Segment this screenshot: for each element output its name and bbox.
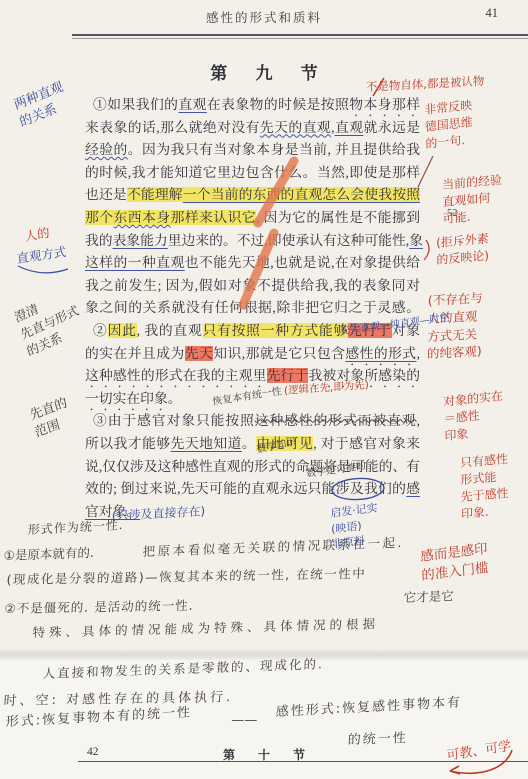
text-segment: 直观 (335, 120, 364, 135)
note-red-how-possible: 当前的经验 直观如何 可能. (442, 172, 503, 228)
note-black-connect: 把原本看似毫无关联的情况联系在一起. (142, 534, 404, 561)
text-segment: 知识,那就是它只包含 (213, 346, 345, 361)
note-red-object-reality: 对象的实在 ＝感性 印象 (443, 388, 504, 445)
text-segment: 感 (406, 481, 420, 496)
note-black-it-is-it: 它才是它 (403, 587, 454, 607)
footer-rule (78, 761, 528, 762)
note-black-clarify: 澄清 先直与形式 的关系 (12, 285, 87, 361)
note-red-reflection-theory: (拒斥外素 的反映论) (436, 230, 489, 269)
note-red-human: 人的 (24, 224, 50, 246)
note-blue-two-intuitions: 两种直观 的关系 (12, 79, 72, 134)
text-segment: 表象能力 (113, 233, 168, 248)
header-rule (72, 34, 528, 36)
text-segment: 这种感性的形式在我的主观里 (85, 368, 267, 383)
header-page-number: 41 (486, 6, 499, 21)
text-line: 我的表象能力里边来的。不过,即使承认有这种可能性,象 (85, 230, 420, 253)
text-segment: 也不能先天地,也就是说,在对象提供给 (185, 255, 420, 270)
text-segment: 先行于 (267, 368, 309, 383)
text-segment: 里边来的。不过,即使承认有这种可能性, (168, 233, 409, 248)
text-segment: 。因为我只有当对象本身是当前, 并且提供给我 (128, 142, 420, 157)
text-segment: , (417, 346, 420, 361)
note-black-original: ①是原本就有的. (3, 544, 94, 565)
note-black-form-as-unity: 形式作为统一性. (28, 517, 124, 539)
text-segment: 先天 (185, 346, 214, 361)
text-segment: 就永远是 (363, 120, 420, 135)
text-segment: 这种感性的形式而被直观 (255, 413, 417, 428)
note-black-scope: 先直的 范围 (28, 395, 75, 444)
note-red-admission-threshold: 感而是感印 的准入门槛 (420, 540, 489, 587)
text-segment: ② (93, 323, 108, 338)
note-blue-intuition-mode: 直观方式 (16, 243, 67, 268)
text-segment: 的实在并且成为 (85, 346, 185, 361)
note-black-dash: —— (231, 712, 258, 730)
note-black-living-unity: ②不是僵死的. 是活动的统一性. (4, 597, 194, 618)
text-line: 那个东西本身那样来认识它, 因为它的属性是不能挪到 (85, 207, 420, 230)
text-segment: 只有按照一种方式能够 (203, 323, 349, 338)
text-line: 这样的一种直观也不能先天地,也就是说,在对象提供给 (85, 252, 420, 275)
text-line: 也还是不能理解一个当前的东西的直观怎么会使我按照 (85, 184, 420, 207)
text-line: 我之前发生; 因为,假如对象不提供给我,我的表象同对 (85, 275, 420, 298)
text-segment: 象之间的关系就没有任何根据,除非把它归之于灵感。 (85, 300, 420, 315)
text-line: 来表象的话,那么就绝对没有先天的直观,直观就永远是 (85, 117, 420, 140)
running-title: 感性的形式和质料 (0, 8, 528, 26)
text-line: 说,仅仅涉及这种感性直观的形式的命题将是可能的、有 (85, 456, 420, 479)
text-segment: 这样的一种直观 (85, 255, 185, 270)
note-black-split-road: (现成化是分裂的道路)—恢复其本来的统一性, 在统一性中 (6, 565, 367, 589)
note-black-particular-basis: 特殊、具体的情况能成为特殊、具体情况的根据 (32, 615, 379, 642)
text-line: 这种感性的形式在我的主观里先行于我被对象所感染的 (85, 365, 420, 388)
text-segment: 先天的直观 (260, 120, 331, 135)
text-segment: 效的; 倒过来说,先天可能的直观永远只能涉及我们的 (85, 481, 406, 496)
text-segment: 感性的形式 (345, 346, 416, 361)
text-segment: , 对于感官对象来 (313, 436, 420, 451)
text-line: 效的; 倒过来说,先天可能的直观永远只能涉及我们的感 (85, 478, 420, 501)
text-segment: 那样来认识它 (171, 210, 257, 225)
text-segment: 。 (242, 436, 256, 451)
text-segment: , (417, 413, 420, 428)
text-segment: 我的 (85, 233, 113, 248)
blue-swoosh-mark (18, 266, 68, 273)
text-line: 所以我才能够先天地知道。由此可见, 对于感官对象来 (85, 433, 420, 456)
text-segment: 直观 (178, 97, 206, 112)
note-red-only-sensible-form: 只有感性 形式能 先于感性 印象. (460, 451, 509, 523)
text-segment: 不能理解 (127, 187, 183, 202)
text-segment: ③由于感官对象只能按照 (93, 413, 255, 428)
text-segment: 经验的 (85, 142, 128, 157)
text-line: 象之间的关系就没有任何根据,除非把它归之于灵感。 (85, 297, 420, 320)
text-segment: 先天地知道 (171, 436, 242, 451)
scanned-page: 感性的形式和质料 41 第 九 节 ①如果我们的直观在表象物的时候是按照物本身那… (0, 0, 528, 779)
text-segment: 所以我才能够 (85, 436, 171, 451)
text-segment: 我之前发生; 因为,假如对象不提供给我,我的表象同对 (85, 278, 420, 293)
printed-text-column: ①如果我们的直观在表象物的时候是按照物本身那样来表象的话,那么就绝对没有先天的直… (85, 94, 420, 523)
text-segment: 在表象物的时候是按照 (207, 97, 349, 112)
text-segment: 那个 (85, 210, 114, 225)
text-line: 的实在并且成为先天知识,那就是它只包含感性的形式, (85, 343, 420, 366)
text-line: ③由于感官对象只能按照这种感性的形式而被直观, (85, 410, 420, 433)
margin-slash-mark (418, 156, 433, 187)
text-segment: 物本身那样 (349, 97, 420, 112)
note-red-german-thinking: 非常反映 德国思维 的一句. (424, 97, 474, 153)
text-segment: 一个当前的东西的直观怎么会使我按照 (183, 187, 420, 202)
text-segment: , 我的直观 (137, 323, 203, 338)
text-segment: 东西本身 (114, 210, 171, 225)
text-segment: 来表象的话,那么就绝对没有 (85, 120, 260, 135)
text-segment: ①如果我们的 (93, 97, 178, 112)
text-segment: 的时候,我才能知道它里边包含什么。当然,即使是那样 (85, 165, 420, 180)
text-segment: 也还是 (85, 187, 127, 202)
text-segment: , 因为它的属性是不能挪到 (256, 210, 420, 225)
header-rule-thin (72, 38, 528, 39)
text-segment: 象 (409, 233, 423, 248)
text-line: ①如果我们的直观在表象物的时候是按照物本身那样 (85, 94, 420, 117)
text-segment: 一切实在印象。 (85, 391, 182, 406)
text-segment: 因此 (108, 323, 137, 338)
red-paren-mark (424, 240, 429, 260)
text-segment: 说,仅仅涉及这种感性直观的形式的命题将是可能的、有 (85, 459, 420, 474)
text-line: 经验的。因为我只有当对象本身是当前, 并且提供给我 (85, 139, 420, 162)
text-line: 的时候,我才能知道它里边包含什么。当然,即使是那样 (85, 162, 420, 185)
